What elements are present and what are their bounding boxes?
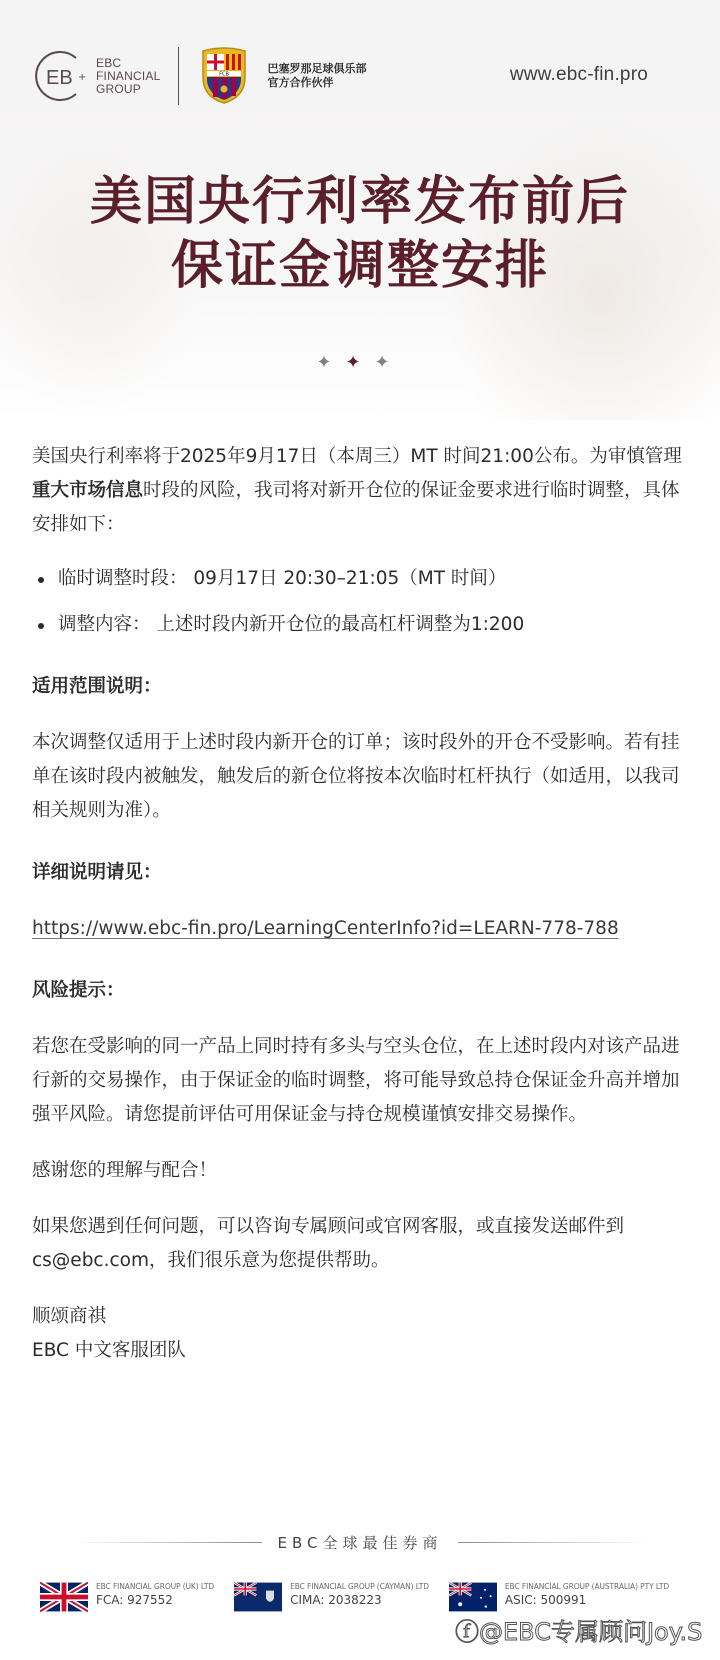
list-item: 临时调整时段： 09月17日 20:30–21:05（MT 时间）: [32, 562, 688, 596]
regulator-uk: EBC FINANCIAL GROUP (UK) LTD FCA: 927552: [40, 1580, 214, 1614]
intro-paragraph: 美国央行利率将于2025年9月17日（本周三）MT 时间21:00公布。为审慎管…: [32, 440, 688, 542]
watermark: ⓕ@EBC专属顾问Joy.S: [455, 1612, 702, 1647]
divider-line: [72, 1542, 262, 1543]
adjustment-list: 临时调整时段： 09月17日 20:30–21:05（MT 时间） 调整内容： …: [32, 562, 688, 642]
sparkle-decoration: ✦✦✦: [0, 352, 720, 373]
bullet-label: 调整内容：: [58, 614, 151, 635]
brand-line-3: GROUP: [96, 83, 160, 96]
brand-header: EB + EBC FINANCIAL GROUP FCB 巴塞罗那足球俱乐部 官…: [32, 48, 366, 104]
uk-flag-icon: [40, 1580, 88, 1614]
partner-line-1: 巴塞罗那足球俱乐部: [267, 62, 366, 76]
learning-center-link[interactable]: https://www.ebc-fin.pro/LearningCenterIn…: [32, 918, 619, 939]
brand-line-2: FINANCIAL: [96, 70, 160, 83]
partner-line-2: 官方合作伙伴: [267, 76, 366, 90]
bullet-value: 上述时段内新开仓位的最高杠杆调整为1:200: [156, 614, 524, 635]
regulator-list: EBC FINANCIAL GROUP (UK) LTD FCA: 927552…: [40, 1580, 720, 1614]
risk-heading: 风险提示：: [32, 974, 688, 1008]
fcb-partner-text: 巴塞罗那足球俱乐部 官方合作伙伴: [267, 62, 366, 90]
details-link-row: https://www.ebc-fin.pro/LearningCenterIn…: [32, 912, 688, 946]
bullet-value: 09月17日 20:30–21:05（MT 时间）: [193, 568, 506, 589]
thanks-text: 感谢您的理解与配合！: [32, 1154, 688, 1188]
contact-paragraph: 如果您遇到任何问题，可以咨询专属顾问或官网客服，或直接发送邮件到cs@ebc.c…: [32, 1210, 688, 1278]
watermark-text: @EBC专属顾问Joy.S: [479, 1618, 702, 1646]
intro-text: 美国央行利率将于2025年9月17日（本周三）MT 时间21:00公布。为审慎管…: [32, 446, 682, 467]
australia-flag-icon: [449, 1580, 497, 1614]
title-line-2: 保证金调整安排: [0, 234, 720, 298]
scope-paragraph: 本次调整仅适用于上述时段内新开仓的订单；该时段外的开仓不受影响。若有挂单在该时段…: [32, 726, 688, 828]
regulator-license: FCA: 927552: [96, 1592, 214, 1608]
footer-tagline: EBC全球最佳券商: [278, 1532, 443, 1553]
bullet-label: 临时调整时段：: [58, 568, 188, 589]
ebc-logo-icon: EB +: [32, 48, 88, 104]
ebc-brand-name: EBC FINANCIAL GROUP: [96, 57, 160, 96]
regulator-license: CIMA: 2038223: [290, 1592, 429, 1608]
details-heading: 详细说明请见：: [32, 856, 688, 890]
svg-text:EB: EB: [46, 67, 73, 89]
risk-paragraph: 若您在受影响的同一产品上同时持有多头与空头仓位，在上述时段内对该产品进行新的交易…: [32, 1030, 688, 1132]
signoff-line-1: 顺颂商祺: [32, 1300, 688, 1334]
regulator-australia: EBC FINANCIAL GROUP (AUSTRALIA) PTY LTD …: [449, 1580, 669, 1614]
cayman-flag-icon: [234, 1580, 282, 1614]
divider-line: [458, 1542, 648, 1543]
regulator-name: EBC FINANCIAL GROUP (CAYMAN) LTD: [290, 1582, 429, 1592]
svg-text:FCB: FCB: [220, 72, 230, 78]
fcb-crest-icon: FCB: [199, 47, 249, 105]
sparkle-icon: ✦: [345, 352, 374, 373]
sparkle-icon: ✦: [375, 352, 404, 373]
regulator-name: EBC FINANCIAL GROUP (AUSTRALIA) PTY LTD: [505, 1582, 669, 1592]
brand-divider: [178, 47, 179, 105]
regulator-cayman: EBC FINANCIAL GROUP (CAYMAN) LTD CIMA: 2…: [234, 1580, 429, 1614]
signoff-line-2: EBC 中文客服团队: [32, 1334, 688, 1368]
sparkle-icon: ✦: [316, 352, 345, 373]
website-link[interactable]: www.ebc-fin.pro: [510, 64, 648, 86]
scope-heading: 适用范围说明：: [32, 670, 688, 704]
footer-divider: EBC全球最佳券商: [0, 1532, 720, 1553]
svg-text:+: +: [78, 72, 86, 83]
weibo-logo-icon: ⓕ: [455, 1618, 479, 1646]
page-title: 美国央行利率发布前后 保证金调整安排: [0, 170, 720, 298]
notice-body: 美国央行利率将于2025年9月17日（本周三）MT 时间21:00公布。为审慎管…: [32, 440, 688, 1368]
regulator-license: ASIC: 500991: [505, 1592, 669, 1608]
title-line-1: 美国央行利率发布前后: [0, 170, 720, 234]
brand-line-1: EBC: [96, 57, 160, 70]
list-item: 调整内容： 上述时段内新开仓位的最高杠杆调整为1:200: [32, 608, 688, 642]
intro-highlight: 重大市场信息: [32, 480, 143, 501]
regulator-name: EBC FINANCIAL GROUP (UK) LTD: [96, 1582, 214, 1592]
